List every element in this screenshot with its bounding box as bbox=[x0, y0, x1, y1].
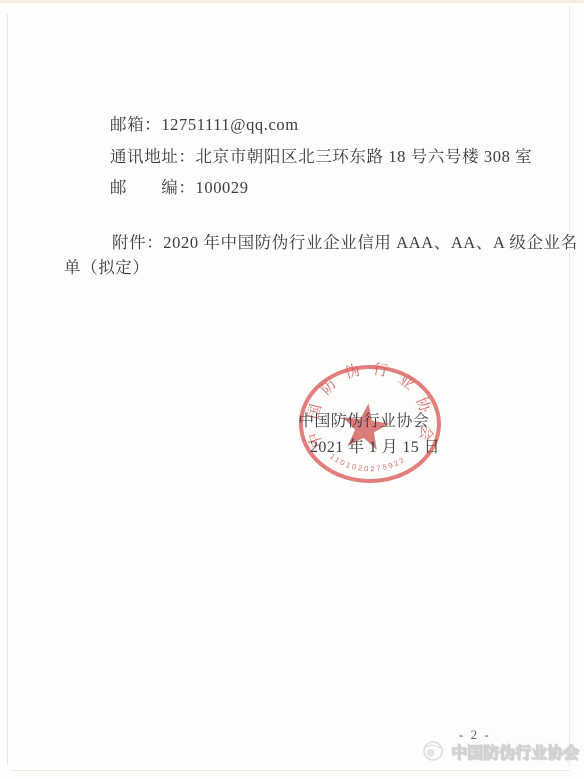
scanned-document-page: 邮箱：12751111@qq.com 通讯地址：北京市朝阳区北三环东路 18 号… bbox=[0, 0, 584, 779]
attachment-line-1: 附件：2020 年中国防伪行业企业信用 AAA、AA、A 级企业名 bbox=[112, 229, 578, 253]
scan-edge-bottom bbox=[10, 770, 570, 771]
email-label: 邮箱： bbox=[110, 115, 161, 134]
address-label: 通讯地址： bbox=[110, 147, 196, 166]
postcode-value: 100029 bbox=[196, 178, 249, 197]
contact-email-line: 邮箱：12751111@qq.com bbox=[110, 111, 299, 135]
email-value: 12751111@qq.com bbox=[161, 115, 298, 134]
scan-edge-left bbox=[7, 14, 8, 764]
contact-address-line: 通讯地址：北京市朝阳区北三环东路 18 号六号楼 308 室 bbox=[110, 143, 532, 167]
address-value: 北京市朝阳区北三环东路 18 号六号楼 308 室 bbox=[196, 147, 533, 166]
postcode-label: 邮 编： bbox=[110, 178, 196, 197]
attachment-line-2: 单（拟定） bbox=[64, 254, 150, 278]
association-logo-icon bbox=[420, 739, 446, 763]
signature-org: 中国防伪行业协会 bbox=[298, 408, 429, 431]
scan-edge-top bbox=[0, 0, 584, 3]
scan-edge-right bbox=[569, 6, 570, 766]
signature-date: 2021 年 1 月 15 日 bbox=[310, 434, 440, 457]
watermark-text: 中国防伪行业协会 bbox=[451, 740, 579, 763]
footer-watermark: 中国防伪行业协会 bbox=[420, 739, 579, 763]
contact-postcode-line: 邮 编：100029 bbox=[110, 174, 249, 198]
